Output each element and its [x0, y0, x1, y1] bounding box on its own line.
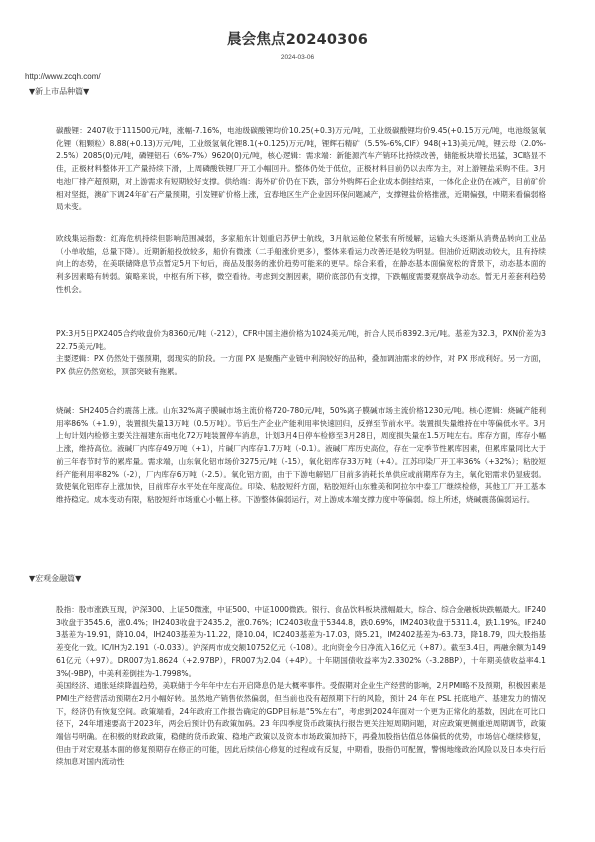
paragraph-px: PX:3月5日PX2405合约收盘价为8360元/吨（-212），CFR中国主港…: [56, 328, 546, 379]
page-title: 晨会焦点20240306: [0, 28, 595, 49]
paragraph-caustic-soda: 烧碱：SH2405合约震荡上涨。山东32%离子膜碱市场主流价格720-780元/…: [56, 405, 546, 507]
website-link[interactable]: http://www.zcqh.com/: [25, 72, 101, 81]
report-date: 2024-03-06: [0, 54, 595, 61]
paragraph-stock-index: 股指：股市涨跌互现，沪深300、上证50微涨，中证500、中证1000微跌。银行…: [56, 604, 546, 769]
section-heading-macro-finance: ▼宏观金融篇▼: [29, 573, 81, 584]
section-heading-new-listings: ▼新上市品种篇▼: [29, 86, 89, 97]
paragraph-container-shipping-index: 欧线集运指数：红海危机持续但影响范围减弱，多家船东计划重启苏伊士航线，3月航运舱…: [56, 233, 546, 297]
paragraph-lithium-carbonate: 碳酸锂：2407收于111500元/吨，涨幅-7.16%，电池级碳酸锂均价10.…: [56, 125, 546, 214]
